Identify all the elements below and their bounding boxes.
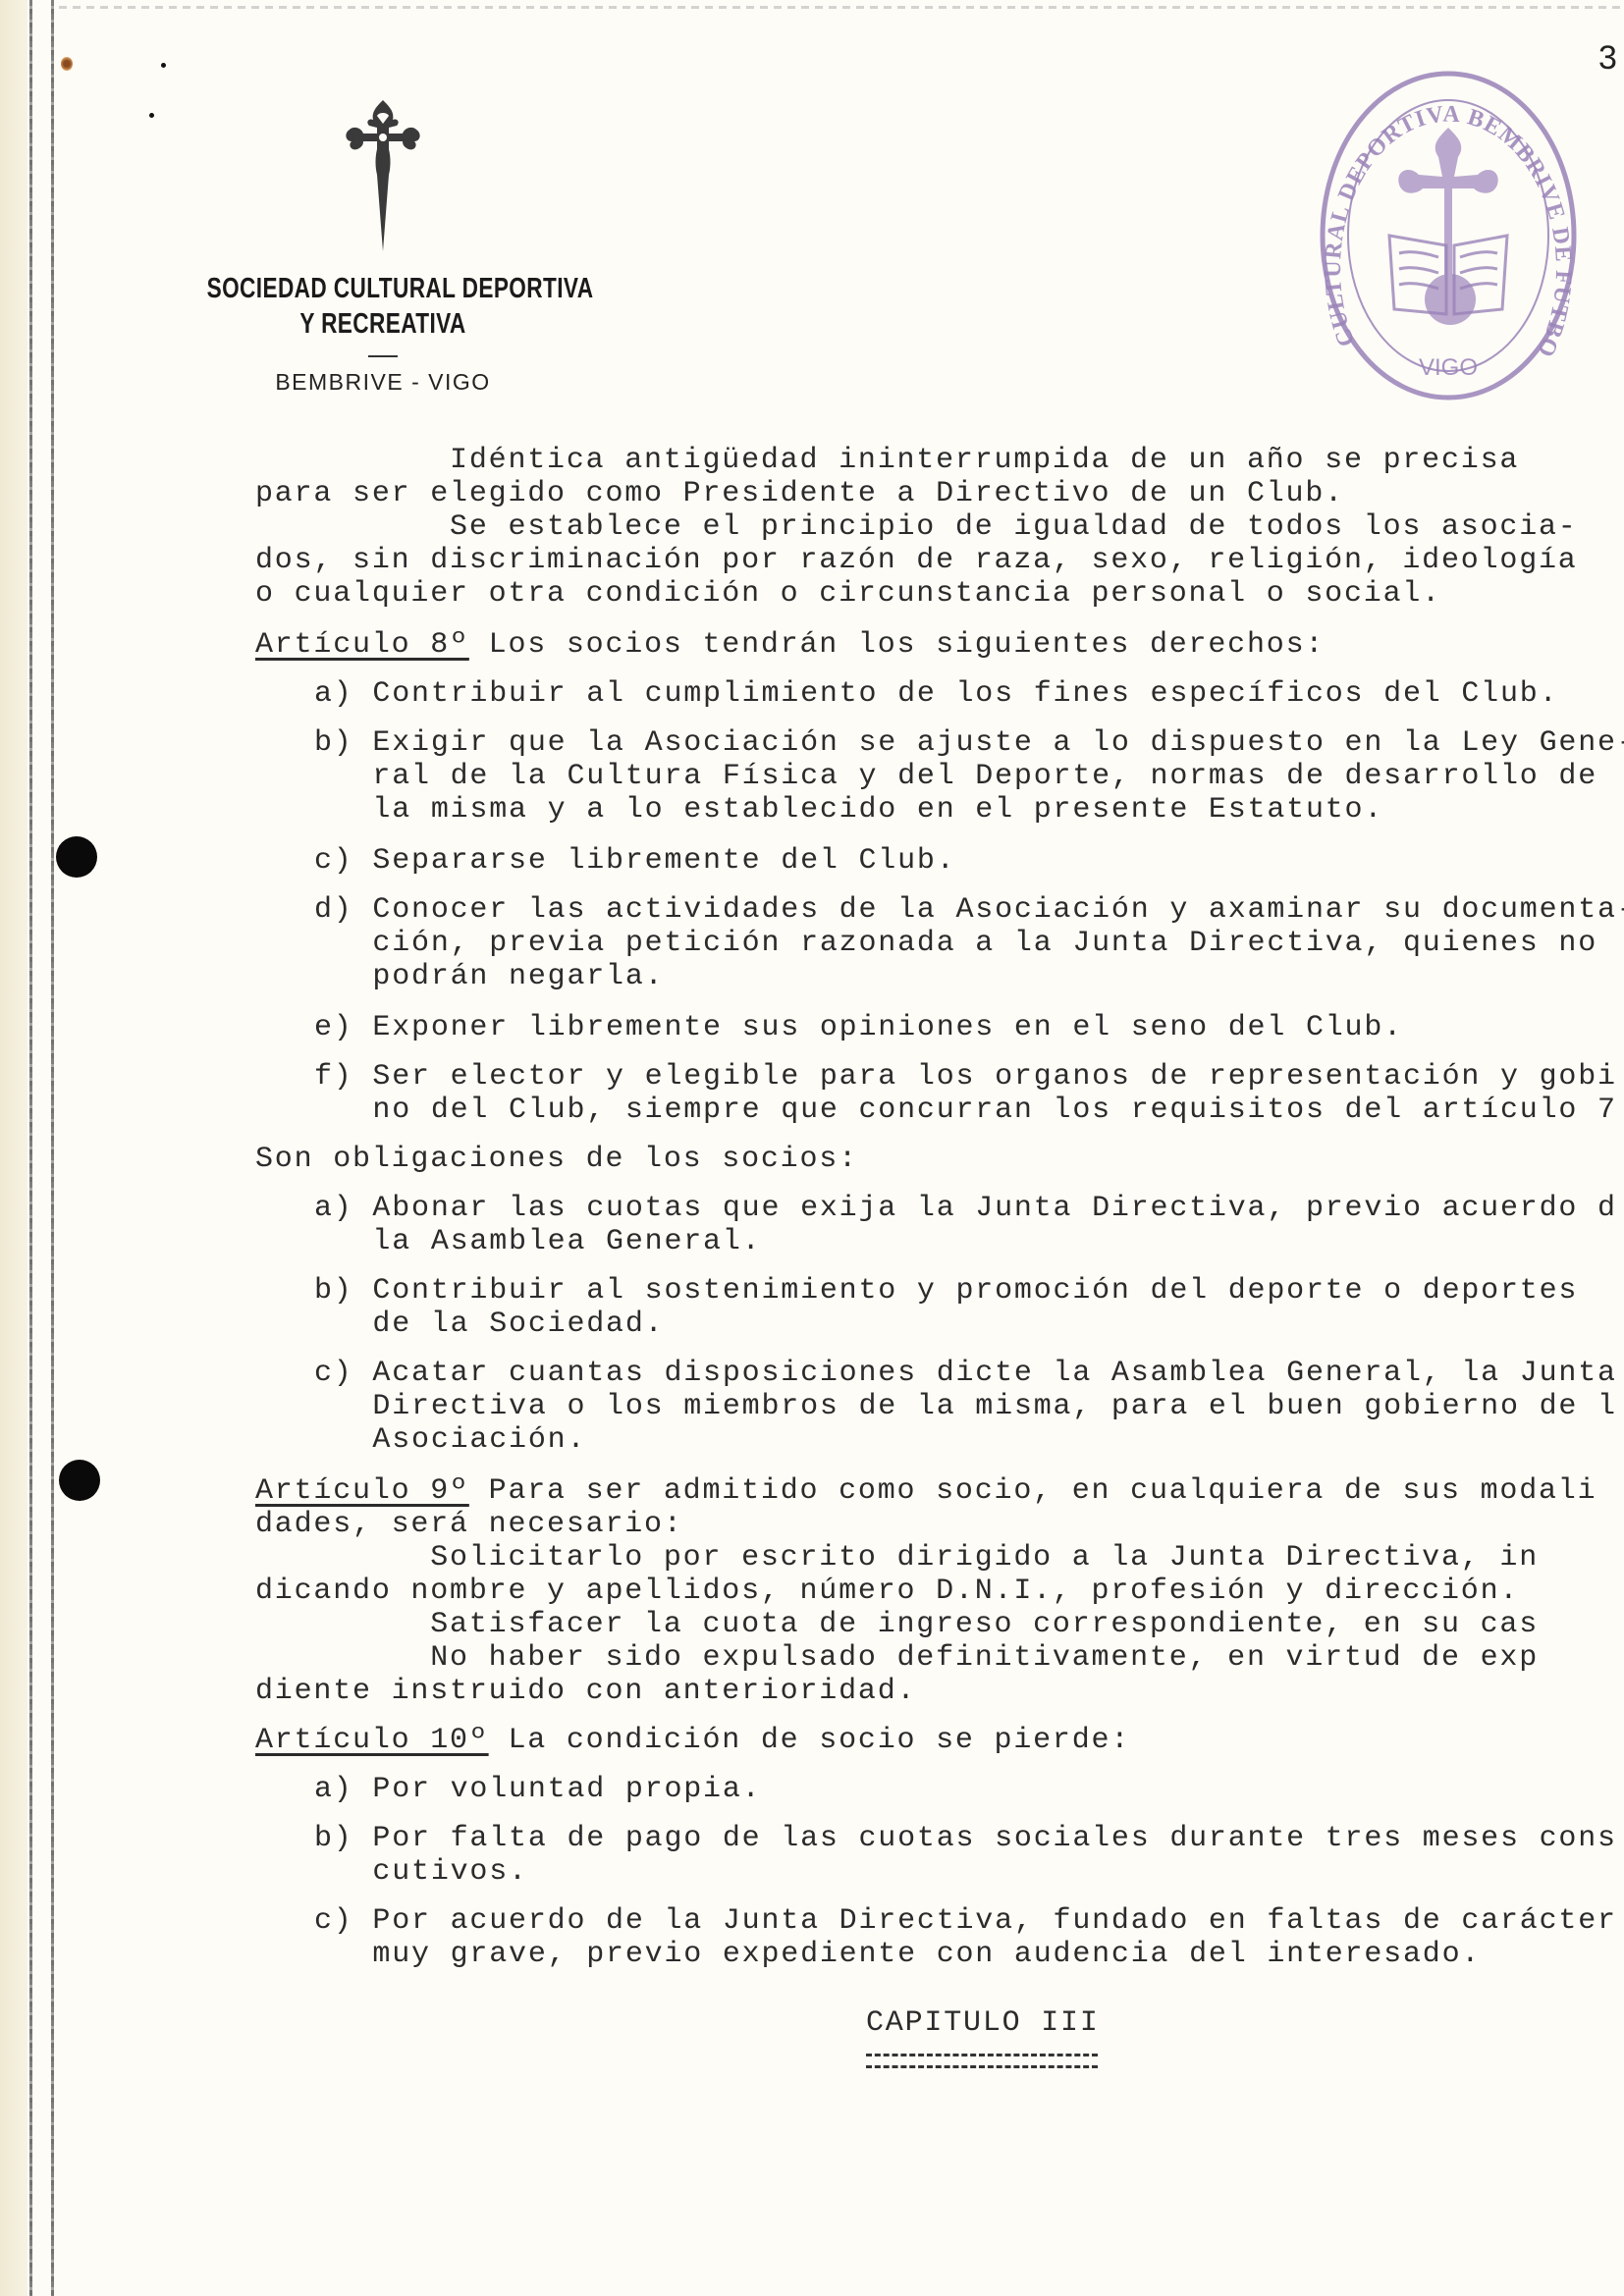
article-10-heading: Artículo 10º La condición de socio se pi… — [255, 1724, 1130, 1757]
right-item-d-cont: ción, previa petición razonada a la Junt… — [314, 927, 1597, 960]
article-9-line: diente instruido con anterioridad. — [255, 1675, 916, 1708]
right-item-b: b) Exigir que la Asociación se ajuste a … — [314, 726, 1624, 760]
loss-item-c: c) Por acuerdo de la Junta Directiva, fu… — [314, 1904, 1617, 1938]
right-item-f: f) Ser elector y elegible para los organ… — [314, 1060, 1617, 1094]
article-9-label: Artículo 9º — [255, 1474, 469, 1508]
obligation-item-c: c) Acatar cuantas disposiciones dicte la… — [314, 1357, 1617, 1390]
article-9-line: Satisfacer la cuota de ingreso correspon… — [255, 1608, 1539, 1641]
article-8-text: Los socios tendrán los siguientes derech… — [469, 628, 1325, 662]
loss-item-b-cont: cutivos. — [314, 1855, 528, 1889]
obligation-item-c-cont: Directiva o los miembros de la misma, pa… — [314, 1390, 1617, 1423]
article-8-label: Artículo 8º — [255, 628, 469, 662]
article-9-line: Solicitarlo por escrito dirigido a la Ju… — [255, 1541, 1539, 1575]
obligation-item-c-cont: Asociación. — [314, 1423, 586, 1457]
chapter-title: CAPITULO III — [866, 2006, 1100, 2040]
page-edge — [0, 0, 27, 2296]
punch-hole — [56, 836, 97, 878]
article-9-heading: Artículo 9º Para ser admitido como socio… — [255, 1474, 1597, 1508]
intro-line: dos, sin discriminación por razón de raz… — [255, 544, 1578, 577]
article-8-heading: Artículo 8º Los socios tendrán los sigui… — [255, 628, 1325, 662]
loss-item-b: b) Por falta de pago de las cuotas socia… — [314, 1822, 1617, 1855]
obligation-item-b: b) Contribuir al sostenimiento y promoci… — [314, 1274, 1578, 1308]
right-item-b-cont: ral de la Cultura Física y del Deporte, … — [314, 760, 1597, 793]
right-item-e: e) Exponer libremente sus opiniones en e… — [314, 1011, 1403, 1044]
intro-line: para ser elegido como Presidente a Direc… — [255, 477, 1344, 510]
binding-line — [51, 0, 54, 2296]
intro-line: o cualquier otra condición o circunstanc… — [255, 577, 1441, 611]
loss-item-a: a) Por voluntad propia. — [314, 1773, 761, 1806]
punch-hole — [59, 1460, 100, 1501]
obligation-item-a: a) Abonar las cuotas que exija la Junta … — [314, 1192, 1617, 1225]
intro-line: Idéntica antigüedad ininterrumpida de un… — [255, 444, 1519, 477]
document-body: Idéntica antigüedad ininterrumpida de un… — [255, 0, 1624, 1535]
obligation-item-b-cont: de la Sociedad. — [314, 1308, 664, 1341]
article-10-text: La condición de socio se pierde: — [489, 1724, 1131, 1757]
obligations-heading: Son obligaciones de los socios: — [255, 1143, 858, 1176]
ink-speck — [149, 113, 154, 118]
obligation-item-a-cont: la Asamblea General. — [314, 1225, 761, 1258]
right-item-d: d) Conocer las actividades de la Asociac… — [314, 893, 1624, 927]
chapter-double-rule — [866, 2054, 1098, 2068]
right-item-f-cont: no del Club, siempre que concurran los r… — [314, 1094, 1617, 1127]
right-item-b-cont: la misma y a lo establecido en el presen… — [314, 793, 1383, 827]
article-9-line: dicando nombre y apellidos, número D.N.I… — [255, 1575, 1519, 1608]
ink-speck — [161, 63, 166, 68]
article-9-line: No haber sido expulsado definitivamente,… — [255, 1641, 1539, 1675]
right-item-c: c) Separarse libremente del Club. — [314, 844, 956, 878]
right-item-a: a) Contribuir al cumplimiento de los fin… — [314, 677, 1558, 711]
article-9-line: dades, será necesario: — [255, 1508, 683, 1541]
right-item-d-cont: podrán negarla. — [314, 960, 664, 993]
rust-spot — [61, 57, 73, 71]
binding-line — [29, 0, 32, 2296]
article-10-label: Artículo 10º — [255, 1724, 489, 1757]
intro-line: Se establece el principio de igualdad de… — [255, 510, 1578, 544]
loss-item-c-cont: muy grave, previo expediente con audenci… — [314, 1938, 1481, 1971]
article-9-text: Para ser admitido como socio, en cualqui… — [469, 1474, 1597, 1508]
